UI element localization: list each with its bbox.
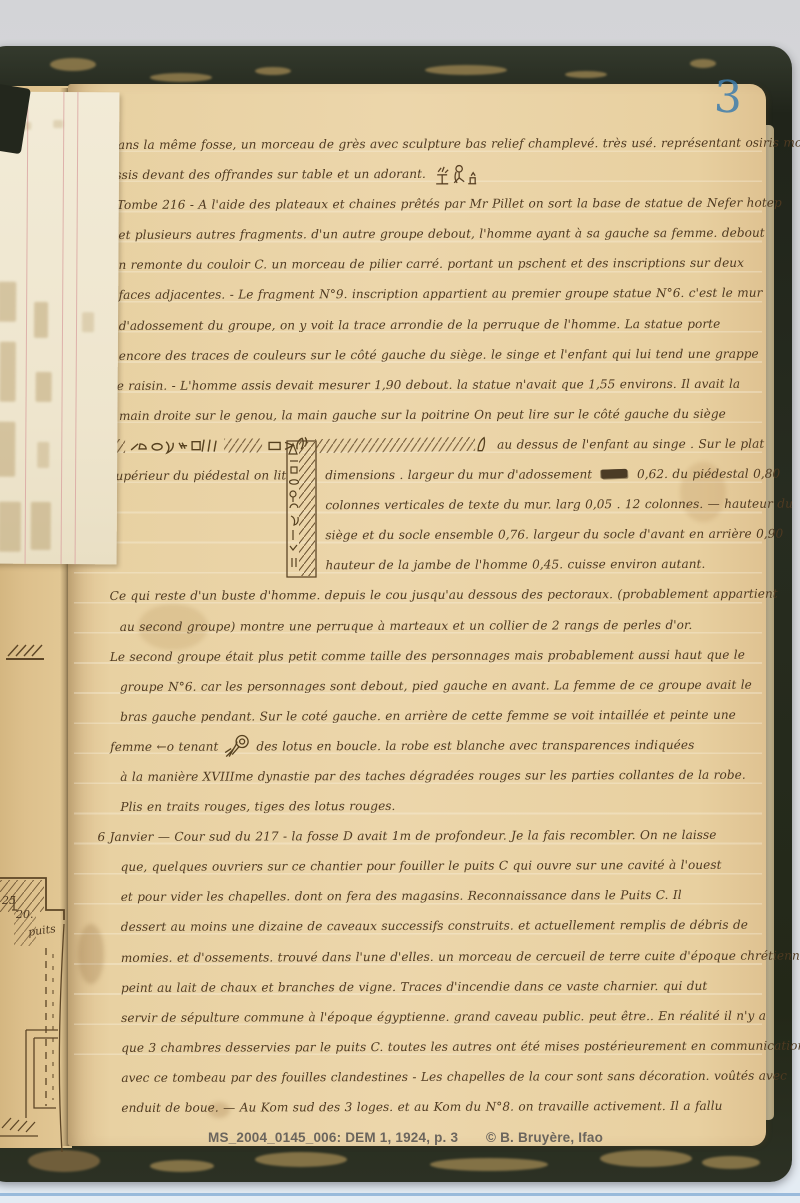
manuscript-line: Dans la même fosse, un morceau de grès a… bbox=[108, 128, 768, 160]
manuscript-line-text: 0,62. du piédestal 0,80 bbox=[633, 467, 781, 482]
interleaf-sheet bbox=[0, 92, 119, 565]
page-number: 3 bbox=[713, 72, 743, 124]
manuscript-line: hauteur de la jambe de l'homme 0,45. cui… bbox=[109, 549, 769, 581]
manuscript-line: au second groupe) montre une perruque à … bbox=[110, 609, 770, 641]
bleedthrough-glyphs bbox=[36, 372, 52, 402]
bleedthrough-glyphs bbox=[0, 422, 15, 477]
manuscript-line: On remonte du couloir C. un morceau de p… bbox=[108, 248, 768, 280]
manuscript-line-text: à la manière XVIIIme dynastie par des ta… bbox=[120, 768, 745, 784]
manuscript-line: d'adossement du groupe, on y voit la tra… bbox=[109, 308, 769, 340]
bleedthrough-glyphs bbox=[0, 282, 16, 322]
cover-wear-mark bbox=[425, 65, 507, 75]
manuscript-line-text: faces adjacentes. - Le fragment N°9. ins… bbox=[119, 286, 763, 302]
margin-rule-line bbox=[61, 92, 65, 564]
manuscript-line-text: groupe N°6. car les personnages sont deb… bbox=[120, 677, 752, 693]
manuscript-line-text: dessert au moins une dizaine de caveaux … bbox=[121, 918, 748, 934]
margin-plan-sketch: 25 20. puits bbox=[0, 852, 72, 1152]
manuscript-line-text: des lotus en boucle. la robe est blanche… bbox=[256, 738, 694, 754]
manuscript-line-text: momies. et d'ossements. trouvé dans l'un… bbox=[121, 948, 800, 964]
manuscript-line: groupe N°6. car les personnages sont deb… bbox=[110, 669, 770, 701]
manuscript-line-text: de raisin. - L'homme assis devait mesure… bbox=[109, 377, 740, 393]
manuscript-line-text: que 3 chambres desservies par le puits C… bbox=[121, 1038, 800, 1054]
manuscript-line: servir de sépulture commune à l'époque é… bbox=[111, 1000, 771, 1032]
margin-rule-line bbox=[25, 92, 29, 564]
bleedthrough-glyphs bbox=[37, 442, 49, 468]
manuscript-line-text: 6 Janvier — Cour sud du 217 - la fosse D… bbox=[97, 828, 716, 844]
manuscript-line-text: assis devant des offrandes sur table et … bbox=[108, 167, 426, 182]
margin-rule-line bbox=[75, 92, 79, 564]
manuscript-line-text: hauteur de la jambe de l'homme 0,45. cui… bbox=[325, 557, 705, 572]
scanner-edge-line bbox=[0, 1193, 800, 1196]
cover-wear-mark bbox=[255, 67, 291, 75]
caption-credit: © B. Bruyère, Ifao bbox=[486, 1130, 603, 1145]
manuscript-line-text: au second groupe) montre une perruque à … bbox=[120, 617, 693, 633]
scribble-mark bbox=[601, 469, 627, 479]
manuscript-line-text: siège et du socle ensemble 0,76. largeur… bbox=[325, 527, 783, 543]
page-stain bbox=[78, 924, 104, 984]
manuscript-line: Plis en traits rouges, tiges des lotus r… bbox=[110, 790, 770, 822]
manuscript-line: faces adjacentes. - Le fragment N°9. ins… bbox=[109, 278, 769, 310]
manuscript-line-text: encore des traces de couleurs sur le côt… bbox=[119, 346, 759, 362]
manuscript-line-text: enduit de boue. — Au Kom sud des 3 loges… bbox=[121, 1099, 722, 1115]
cover-wear-mark bbox=[28, 1150, 100, 1172]
manuscript-line-text: peint au lait de chaux et branches de vi… bbox=[121, 979, 707, 995]
cover-wear-mark bbox=[702, 1156, 760, 1169]
cover-wear-mark bbox=[600, 1150, 692, 1167]
bleedthrough-glyphs bbox=[0, 342, 16, 402]
manuscript-line: que, quelques ouvriers sur ce chantier p… bbox=[111, 850, 771, 882]
manuscript-line: que 3 chambres desservies par le puits C… bbox=[111, 1031, 771, 1063]
bleedthrough-glyphs bbox=[31, 502, 51, 550]
manuscript-line-text: que, quelques ouvriers sur ce chantier p… bbox=[121, 858, 722, 874]
manuscript-line: main droite sur le genou, la main gauche… bbox=[109, 399, 769, 431]
manuscript-line-text: dimensions . largeur du mur d'adossement bbox=[325, 467, 596, 482]
manuscript-line: encore des traces de couleurs sur le côt… bbox=[109, 338, 769, 370]
pedestal-column-sketch bbox=[283, 438, 321, 584]
manuscript-line: dessert au moins une dizaine de caveaux … bbox=[111, 910, 771, 942]
cover-wear-mark bbox=[50, 58, 96, 71]
manuscript-line-left-label: supérieur du piédestal on lit bbox=[109, 460, 285, 491]
manuscript-line: femme ←o tenantdes lotus en boucle. la r… bbox=[110, 730, 770, 762]
manuscript-line: et pour vider les chapelles. dont on fer… bbox=[111, 880, 771, 912]
manuscript-line: momies. et d'ossements. trouvé dans l'un… bbox=[111, 940, 771, 972]
bleedthrough-glyphs bbox=[34, 302, 48, 338]
manuscript-line: au dessus de l'enfant au singe . Sur le … bbox=[109, 429, 769, 461]
manuscript-line-text: servir de sépulture commune à l'époque é… bbox=[121, 1008, 766, 1024]
caption-reference: MS_2004_0145_006: DEM 1, 1924, p. 3 bbox=[208, 1130, 458, 1145]
manuscript-line: - Tombe 216 - A l'aide des plateaux et c… bbox=[108, 188, 768, 220]
cover-wear-mark bbox=[690, 59, 716, 68]
scanned-notebook-page: { "document": { "page_number": "3", "cap… bbox=[0, 0, 800, 1203]
manuscript-line-text: - Tombe 216 - A l'aide des plateaux et c… bbox=[108, 196, 782, 212]
manuscript-line-text: avec ce tombeau par des fouilles clandes… bbox=[121, 1069, 787, 1085]
manuscript-line: siège et du socle ensemble 0,76. largeur… bbox=[109, 519, 769, 551]
bleedthrough-glyphs bbox=[0, 502, 21, 552]
bleedthrough-glyphs bbox=[82, 312, 94, 332]
cover-wear-mark bbox=[150, 73, 212, 82]
manuscript-line-text: Le second groupe était plus petit comme … bbox=[110, 647, 745, 663]
manuscript-line: Le second groupe était plus petit comme … bbox=[110, 639, 770, 671]
manuscript-line-text: d'adossement du groupe, on y voit la tra… bbox=[119, 316, 721, 332]
manuscript-line-text: femme ←o tenant bbox=[110, 739, 218, 753]
manuscript-line: 6 Janvier — Cour sud du 217 - la fosse D… bbox=[97, 820, 770, 852]
lotus-bouquet-sketch bbox=[222, 733, 252, 761]
manuscript-text: Dans la même fosse, un morceau de grès a… bbox=[108, 128, 771, 1123]
manuscript-line-text: et pour vider les chapelles. dont on fer… bbox=[121, 888, 682, 904]
manuscript-line-text: colonnes verticales de texte du mur. lar… bbox=[325, 497, 793, 513]
manuscript-line-text: main droite sur le genou, la main gauche… bbox=[119, 407, 726, 423]
manuscript-line: bras gauche pendant. Sur le coté gauche.… bbox=[110, 699, 770, 731]
manuscript-line: avec ce tombeau par des fouilles clandes… bbox=[111, 1061, 771, 1093]
bleedthrough-glyphs bbox=[53, 120, 63, 128]
manuscript-line: enduit de boue. — Au Kom sud des 3 loges… bbox=[111, 1091, 771, 1123]
manuscript-line-text: bras gauche pendant. Sur le coté gauche.… bbox=[120, 708, 736, 724]
manuscript-line-text: Plis en traits rouges, tiges des lotus r… bbox=[120, 799, 395, 814]
cover-wear-mark bbox=[255, 1152, 347, 1167]
manuscript-line: supérieur du piédestal on litdimensions … bbox=[109, 459, 769, 491]
manuscript-line: colonnes verticales de texte du mur. lar… bbox=[109, 489, 769, 521]
manuscript-line-text: et plusieurs autres fragments. d'un autr… bbox=[118, 226, 764, 242]
margin-hatch-mark bbox=[4, 636, 64, 668]
manuscript-line-text: On remonte du couloir C. un morceau de p… bbox=[108, 256, 744, 272]
manuscript-line-text: Dans la même fosse, un morceau de grès a… bbox=[108, 135, 800, 152]
manuscript-line: à la manière XVIIIme dynastie par des ta… bbox=[110, 760, 770, 792]
margin-sketch-depth-label: 25 bbox=[2, 894, 16, 907]
manuscript-line: et plusieurs autres fragments. d'un autr… bbox=[108, 218, 768, 250]
manuscript-line-text: Ce qui reste d'un buste d'homme. depuis … bbox=[110, 587, 778, 603]
cover-wear-mark bbox=[565, 71, 607, 78]
main-page: 3 bbox=[68, 84, 766, 1146]
manuscript-line: Ce qui reste d'un buste d'homme. depuis … bbox=[110, 579, 770, 611]
hieroglyph-sketch-offering bbox=[432, 159, 478, 189]
cover-wear-mark bbox=[430, 1158, 548, 1171]
manuscript-line: de raisin. - L'homme assis devait mesure… bbox=[109, 368, 769, 400]
manuscript-line: assis devant des offrandes sur table et … bbox=[108, 158, 768, 190]
cover-wear-mark bbox=[150, 1160, 214, 1172]
margin-sketch-depth-label: 20. bbox=[16, 908, 34, 921]
manuscript-line: peint au lait de chaux et branches de vi… bbox=[111, 970, 771, 1002]
manuscript-line-text: au dessus de l'enfant au singe . Sur le … bbox=[497, 437, 764, 452]
